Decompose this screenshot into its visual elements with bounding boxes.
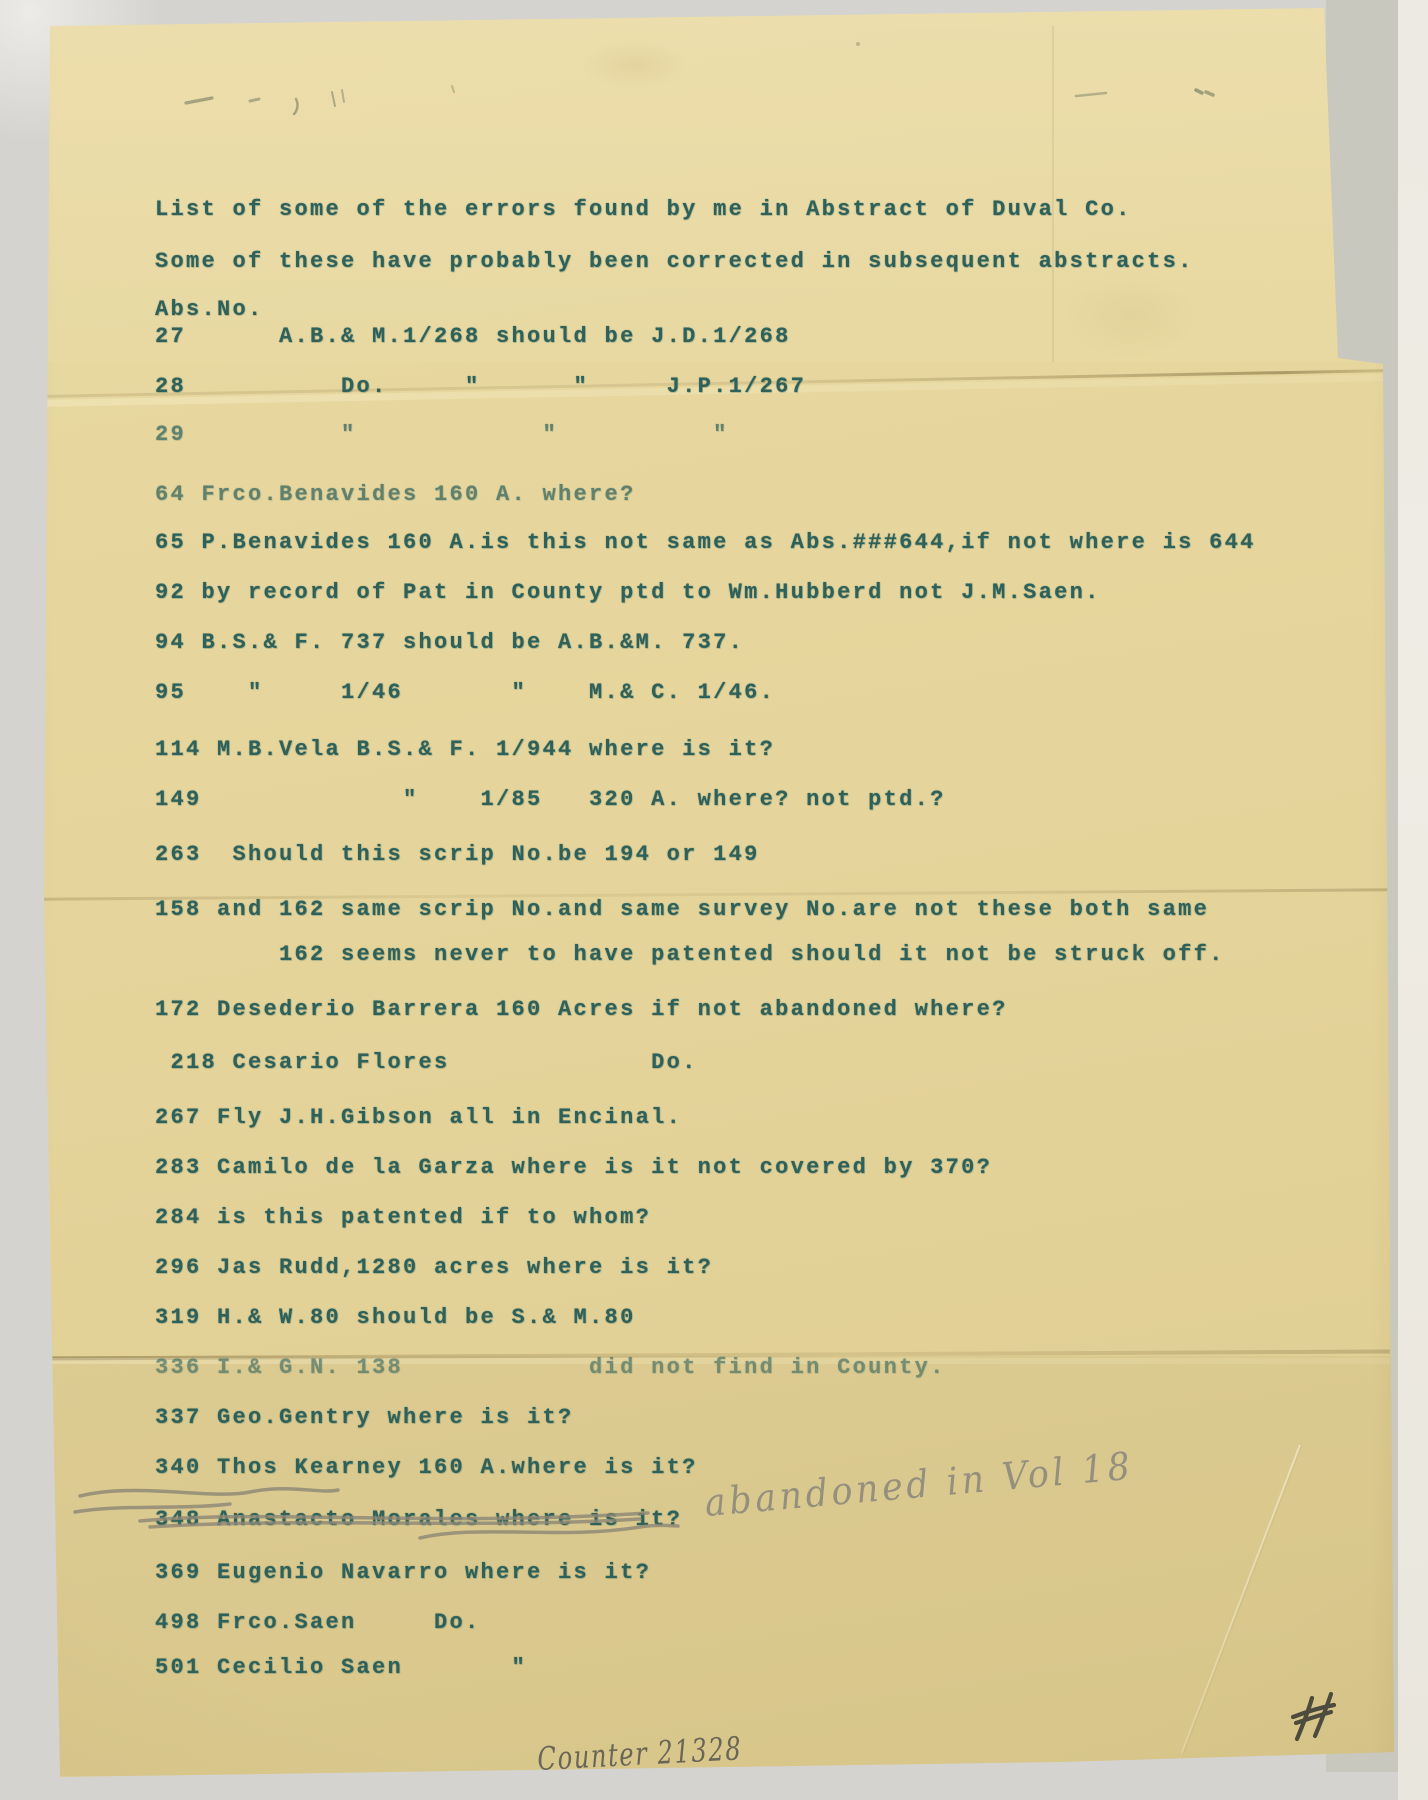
typed-line: Some of these have probably been correct… <box>155 250 1194 274</box>
typed-line: 340 Thos Kearney 160 A.where is it? <box>155 1456 698 1480</box>
typed-line: 283 Camilo de la Garza where is it not c… <box>155 1156 992 1180</box>
typed-line: 28 Do. " " J.P.1/267 <box>155 375 806 399</box>
typed-line: 92 by record of Pat in County ptd to Wm.… <box>155 581 1101 605</box>
typed-line: 348 Anastacto Morales where is it? <box>155 1508 682 1532</box>
document-scan: List of some of the errors found by me i… <box>0 0 1428 1800</box>
typed-line: 65 P.Benavides 160 A.is this not same as… <box>155 531 1256 555</box>
typed-line: 218 Cesario Flores Do. <box>155 1051 698 1075</box>
typed-line: 29 " " " <box>155 423 729 447</box>
typed-line: 149 " 1/85 320 A. where? not ptd.? <box>155 788 946 812</box>
typed-line: 94 B.S.& F. 737 should be A.B.&M. 737. <box>155 631 744 655</box>
typed-lines: List of some of the errors found by me i… <box>0 0 1428 1800</box>
typed-line: 158 and 162 same scrip No.and same surve… <box>155 898 1209 922</box>
typed-line: 95 " 1/46 " M.& C. 1/46. <box>155 681 775 705</box>
typed-line: 498 Frco.Saen Do. <box>155 1611 481 1635</box>
typed-line: 114 M.B.Vela B.S.& F. 1/944 where is it? <box>155 738 775 762</box>
typed-line: Abs.No. <box>155 298 264 322</box>
typed-line: 501 Cecilio Saen " <box>155 1656 527 1680</box>
typed-line: 296 Jas Rudd,1280 acres where is it? <box>155 1256 713 1280</box>
typed-line: 172 Desederio Barrera 160 Acres if not a… <box>155 998 1008 1022</box>
typed-line: 162 seems never to have patented should … <box>155 943 1225 967</box>
typed-line: 64 Frco.Benavides 160 A. where? <box>155 483 636 507</box>
typed-line: List of some of the errors found by me i… <box>155 198 1132 222</box>
typed-line: 267 Fly J.H.Gibson all in Encinal. <box>155 1106 682 1130</box>
typed-line: 284 is this patented if to whom? <box>155 1206 651 1230</box>
typed-line: 263 Should this scrip No.be 194 or 149 <box>155 843 760 867</box>
typed-line: 27 A.B.& M.1/268 should be J.D.1/268 <box>155 325 791 349</box>
typed-line: 337 Geo.Gentry where is it? <box>155 1406 574 1430</box>
typed-line: 369 Eugenio Navarro where is it? <box>155 1561 651 1585</box>
typed-line: 319 H.& W.80 should be S.& M.80 <box>155 1306 636 1330</box>
typed-line: 336 I.& G.N. 138 did not find in County. <box>155 1356 946 1380</box>
